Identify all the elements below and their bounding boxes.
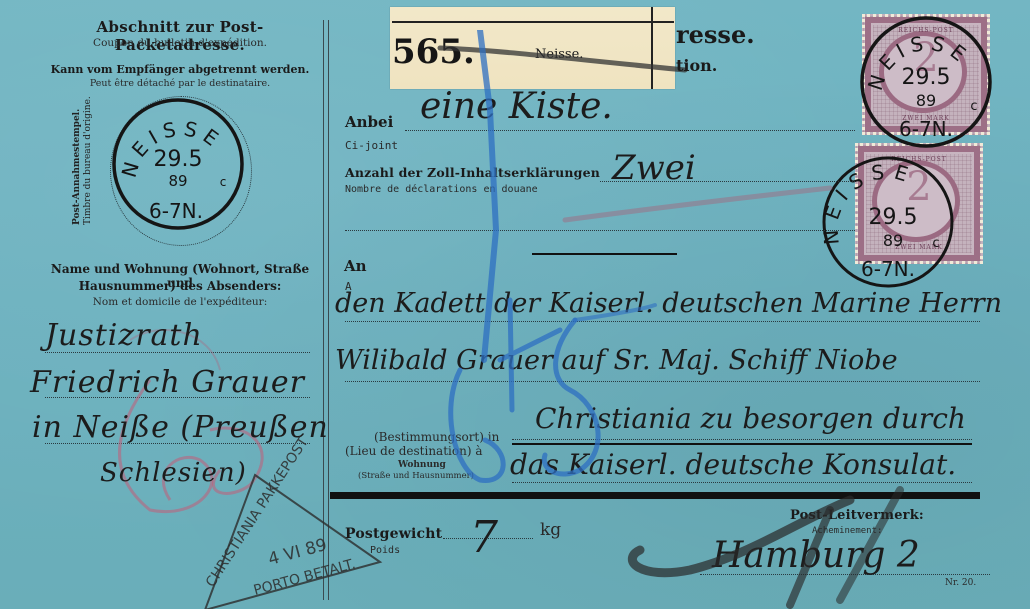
christiania-line2: PORTO BETALT. (252, 556, 357, 599)
parcel-card: Abschnitt zur Post-Packetadresse. Coupon… (0, 0, 1030, 609)
detach-note-fr: Peut être détaché par le destinataire. (35, 78, 325, 89)
svg-text:c: c (970, 99, 977, 114)
header-subtitle-tail: tion. (676, 56, 717, 75)
weight-unit: kg (540, 520, 561, 540)
blue-crayon-mark (400, 30, 660, 500)
svg-text:89: 89 (883, 231, 903, 250)
sender-heading-2: Hausnummer) des Absenders: (40, 279, 320, 293)
postmark-date: 29.5 (154, 147, 203, 172)
postmark-time: 6-7N. (149, 199, 203, 223)
origin-stamp-label-de: Post-Annahmestempel. (72, 96, 83, 225)
origin-stamp-label-fr: Timbre du bureau d'origine. (83, 96, 94, 225)
form-number: Nr. 20. (945, 578, 976, 588)
svg-text:c: c (932, 236, 939, 251)
header-title-tail: resse. (676, 20, 755, 49)
svg-text:6-7N.: 6-7N. (899, 117, 953, 141)
detach-note: Kann vom Empfänger abgetrennt werden. (35, 63, 325, 76)
sender-line-3: in Neiße (Preußen (32, 410, 329, 445)
svg-text:29.5: 29.5 (869, 205, 918, 230)
weight-label: Postgewicht (345, 526, 442, 542)
sender-line-1: Justizrath (45, 318, 203, 353)
svg-text:6-7N.: 6-7N. (861, 257, 915, 281)
postmark-suffix: c (220, 175, 227, 189)
neisse-postmark-stamp-1: NEISSE 29.5 89 c 6-7N. (856, 12, 996, 156)
weight-value: 7 (470, 512, 498, 563)
to-label: An (344, 257, 367, 275)
contents-label: Anbei (345, 113, 393, 131)
coupon-title-fr: Coupon du bulletin d'expédition. (40, 37, 320, 49)
label-top-rule (392, 21, 674, 23)
weight-label-fr: Poids (370, 545, 400, 556)
neisse-postmark-left: NEISSE 29.5 89 c 6-7N. (108, 94, 248, 238)
svg-text:89: 89 (916, 91, 936, 110)
svg-text:29.5: 29.5 (902, 65, 951, 90)
sender-line-2: Friedrich Grauer (30, 365, 305, 400)
postmark-year: 89 (168, 172, 187, 190)
origin-stamp-label: Post-Annahmestempel. Timbre du bureau d'… (72, 96, 94, 225)
contents-label-fr: Ci-joint (345, 139, 398, 152)
